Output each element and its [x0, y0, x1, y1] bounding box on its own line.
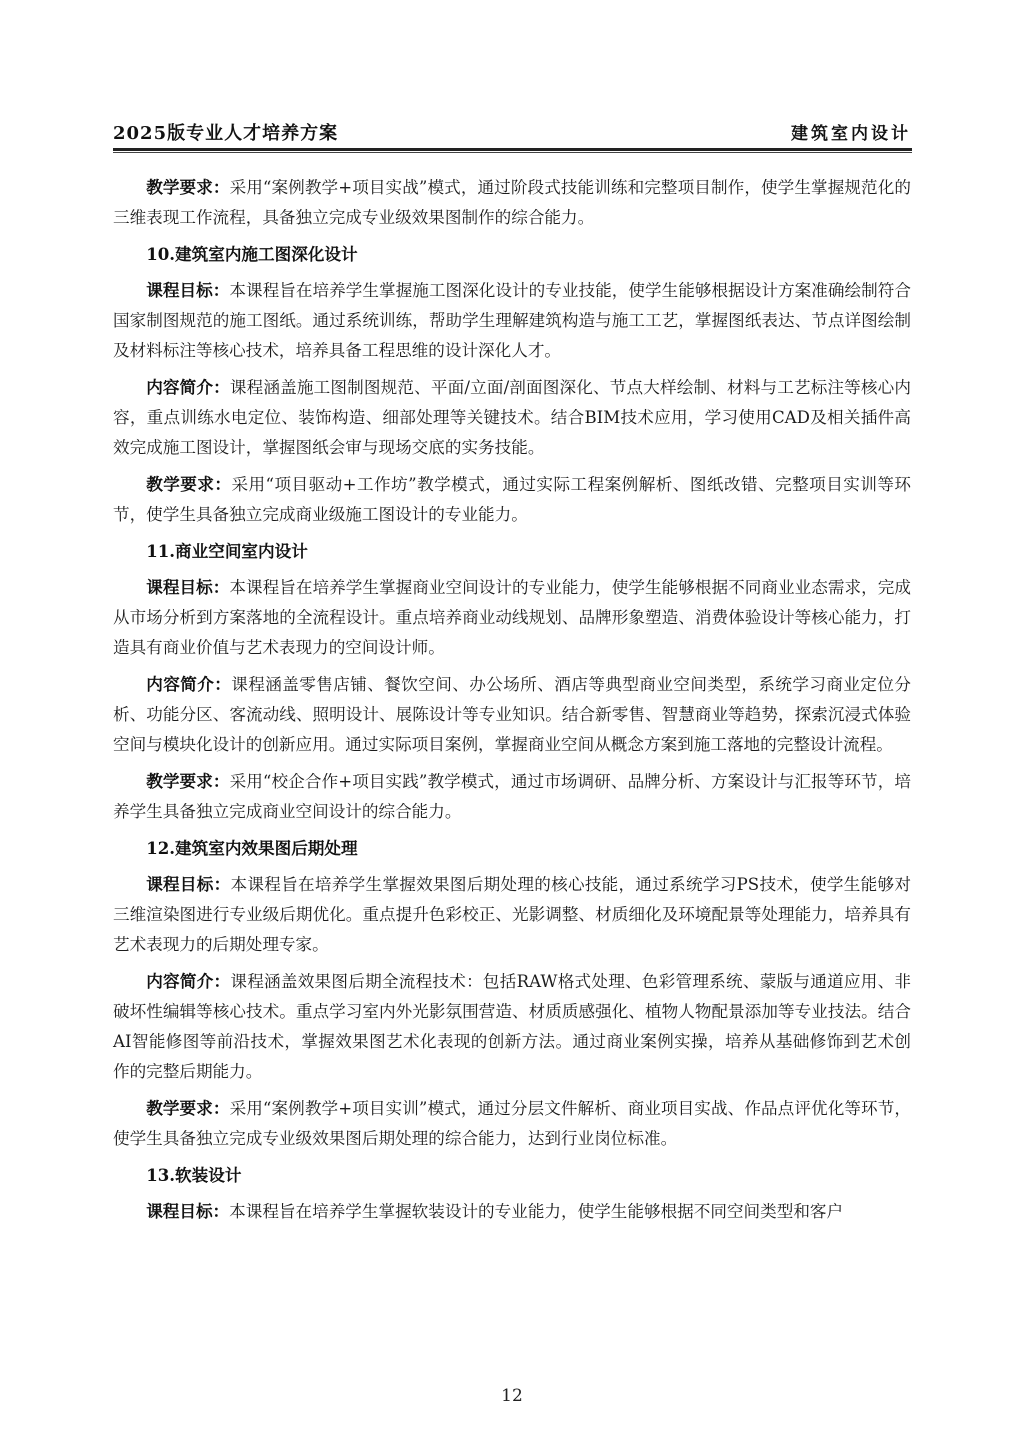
- paragraph-teaching-requirements: 教学要求：采用“项目驱动+工作坊”教学模式，通过实际工程案例解析、图纸改错、完整…: [113, 469, 911, 530]
- paragraph-text: 本课程旨在培养学生掌握效果图后期处理的核心技能，通过系统学习PS技术，使学生能够…: [113, 875, 911, 954]
- document-body: 教学要求：采用“案例教学+项目实战”模式，通过阶段式技能训练和完整项目制作，使学…: [113, 172, 911, 1233]
- paragraph-text: 本课程旨在培养学生掌握商业空间设计的专业能力，使学生能够根据不同商业业态需求，完…: [113, 578, 911, 657]
- paragraph-teaching-requirements: 教学要求：采用“校企合作+项目实践”教学模式，通过市场调研、品牌分析、方案设计与…: [113, 766, 911, 827]
- paragraph-text: 本课程旨在培养学生掌握施工图深化设计的专业技能，使学生能够根据设计方案准确绘制符…: [113, 281, 911, 360]
- paragraph-content-summary: 内容简介：课程涵盖零售店铺、餐饮空间、办公场所、酒店等典型商业空间类型，系统学习…: [113, 669, 911, 760]
- paragraph-label: 教学要求：: [146, 177, 229, 197]
- paragraph-label: 内容简介：: [146, 971, 230, 991]
- paragraph-text: 课程涵盖施工图制图规范、平面/立面/剖面图深化、节点大样绘制、材料与工艺标注等核…: [113, 378, 911, 457]
- paragraph-text: 采用“案例教学+项目实训”模式，通过分层文件解析、商业项目实战、作品点评优化等环…: [113, 1099, 911, 1148]
- course-heading-11: 11.商业空间室内设计: [113, 536, 911, 566]
- paragraph-label: 教学要求：: [146, 474, 231, 494]
- paragraph-text: 采用“项目驱动+工作坊”教学模式，通过实际工程案例解析、图纸改错、完整项目实训等…: [113, 475, 911, 524]
- paragraph-course-objective: 课程目标：本课程旨在培养学生掌握施工图深化设计的专业技能，使学生能够根据设计方案…: [113, 275, 911, 366]
- paragraph-text: 课程涵盖效果图后期全流程技术：包括RAW格式处理、色彩管理系统、蒙版与通道应用、…: [113, 972, 911, 1081]
- paragraph-teaching-requirements: 教学要求：采用“案例教学+项目实战”模式，通过阶段式技能训练和完整项目制作，使学…: [113, 172, 911, 233]
- paragraph-course-objective: 课程目标：本课程旨在培养学生掌握软装设计的专业能力，使学生能够根据不同空间类型和…: [113, 1196, 911, 1227]
- paragraph-text: 本课程旨在培养学生掌握软装设计的专业能力，使学生能够根据不同空间类型和客户: [229, 1202, 843, 1221]
- paragraph-label: 课程目标：: [146, 577, 229, 597]
- paragraph-label: 课程目标：: [146, 874, 230, 894]
- course-heading-10: 10.建筑室内施工图深化设计: [113, 239, 911, 269]
- paragraph-label: 课程目标：: [146, 280, 229, 300]
- header-double-rule: [113, 148, 912, 154]
- paragraph-course-objective: 课程目标：本课程旨在培养学生掌握效果图后期处理的核心技能，通过系统学习PS技术，…: [113, 869, 911, 960]
- page-number: 12: [0, 1386, 1024, 1406]
- page-header: 2025版专业人才培养方案 建筑室内设计: [113, 122, 911, 146]
- paragraph-label: 内容简介：: [146, 377, 230, 397]
- paragraph-content-summary: 内容简介：课程涵盖效果图后期全流程技术：包括RAW格式处理、色彩管理系统、蒙版与…: [113, 966, 911, 1087]
- header-major-name: 建筑室内设计: [791, 122, 911, 146]
- paragraph-text: 采用“案例教学+项目实战”模式，通过阶段式技能训练和完整项目制作，使学生掌握规范…: [113, 178, 911, 227]
- paragraph-label: 课程目标：: [146, 1201, 229, 1221]
- paragraph-text: 采用“校企合作+项目实践”教学模式，通过市场调研、品牌分析、方案设计与汇报等环节…: [113, 772, 911, 821]
- paragraph-label: 内容简介：: [146, 674, 231, 694]
- course-heading-13: 13.软装设计: [113, 1160, 911, 1190]
- paragraph-content-summary: 内容简介：课程涵盖施工图制图规范、平面/立面/剖面图深化、节点大样绘制、材料与工…: [113, 372, 911, 463]
- header-document-title: 2025版专业人才培养方案: [113, 122, 338, 146]
- header-rule-thin: [113, 152, 912, 153]
- header-rule-thick: [113, 148, 912, 151]
- paragraph-text: 课程涵盖零售店铺、餐饮空间、办公场所、酒店等典型商业空间类型，系统学习商业定位分…: [113, 675, 911, 754]
- paragraph-course-objective: 课程目标：本课程旨在培养学生掌握商业空间设计的专业能力，使学生能够根据不同商业业…: [113, 572, 911, 663]
- paragraph-label: 教学要求：: [146, 771, 229, 791]
- paragraph-label: 教学要求：: [146, 1098, 229, 1118]
- course-heading-12: 12.建筑室内效果图后期处理: [113, 833, 911, 863]
- paragraph-teaching-requirements: 教学要求：采用“案例教学+项目实训”模式，通过分层文件解析、商业项目实战、作品点…: [113, 1093, 911, 1154]
